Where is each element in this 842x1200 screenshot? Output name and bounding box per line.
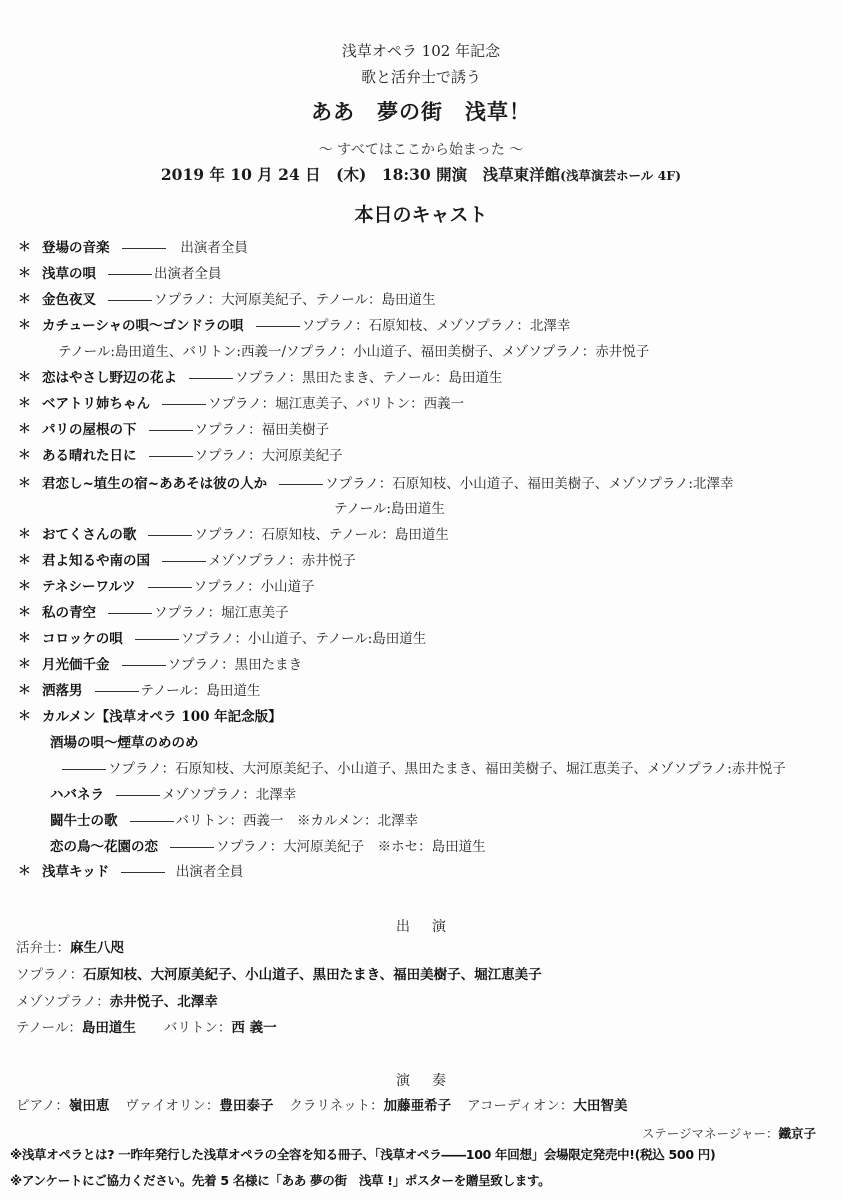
dash-divider: [122, 665, 166, 666]
stage-manager-name: 鐵京子: [778, 1126, 816, 1141]
song-performers: テノール：島田道生: [141, 683, 261, 699]
song-title: コロッケの唄: [42, 631, 123, 647]
song-title: 私の青空: [42, 605, 96, 621]
asterisk-icon: ＊: [18, 368, 31, 388]
performer-names: 麻生八咫: [70, 940, 124, 956]
dash-divider: [149, 456, 193, 457]
performer-names: 赤井悦子、北澤幸: [110, 994, 218, 1010]
asterisk-icon: ＊: [18, 290, 31, 310]
song-title: ハバネラ: [50, 787, 104, 803]
asterisk-icon: ＊: [18, 551, 31, 571]
dash-divider: [279, 484, 323, 485]
song-performers: ソプラノ：大河原美紀子: [195, 448, 343, 464]
cast-heading: 本日のキャスト: [0, 200, 842, 227]
dash-divider: [170, 847, 214, 848]
song-title: おてくさんの歌: [42, 527, 136, 543]
role-label: 活弁士：: [16, 940, 70, 956]
song-performers: バリトン：西義一 ※カルメン：北澤幸: [176, 813, 419, 829]
dash-divider: [256, 326, 300, 327]
asterisk-icon: ＊: [18, 394, 31, 414]
asterisk-icon: ＊: [18, 603, 31, 623]
asterisk-icon: ＊: [18, 446, 31, 466]
role-label: ソプラノ：: [16, 967, 83, 983]
song-title: ベアトリ姉ちゃん: [42, 396, 150, 412]
song-performers: ソプラノ：小山道子、テノール:島田道生: [181, 631, 427, 647]
song-title: カルメン【浅草オペラ 100 年記念版】: [42, 709, 282, 725]
role-label: ピアノ：: [16, 1098, 69, 1114]
asterisk-icon: ＊: [18, 681, 31, 701]
song-performers: ソプラノ：大河原美紀子 ※ホセ：島田道生: [216, 839, 486, 855]
role-label: メゾソプラノ：: [16, 994, 110, 1010]
performer-row-tenor-baritone: テノール：島田道生バリトン：西 義一: [16, 1018, 277, 1038]
footnote-booklet: ※浅草オペラとは? 一昨年発行した浅草オペラの全容を知る冊子、「浅草オペラ――1…: [10, 1146, 715, 1164]
dash-divider: [162, 561, 206, 562]
song-performers: ソプラノ：堀江恵美子、バリトン：西義一: [208, 396, 464, 412]
song-title: 洒落男: [42, 683, 83, 699]
stage-manager: ステージマネージャー：鐵京子: [642, 1124, 816, 1144]
dash-divider: [148, 587, 192, 588]
song-title: 恋はやさし野辺の花よ: [42, 370, 177, 386]
dash-divider: [130, 821, 174, 822]
song-title: ある晴れた日に: [42, 448, 137, 464]
song-performers: メゾソプラノ：赤井悦子: [208, 553, 356, 569]
dash-divider: [135, 639, 179, 640]
event-title: ああ 夢の街 浅草！: [0, 96, 842, 126]
song-performers: ソプラノ：黒田たまき、テノール：島田道生: [235, 370, 502, 386]
role-label: ヴァイオリン：: [125, 1098, 219, 1114]
dash-divider: [95, 691, 139, 692]
program-sheet: 浅草オペラ 102 年記念 歌と活弁士で誘う ああ 夢の街 浅草！ ～ すべては…: [0, 0, 842, 1200]
performer-names: 石原知枝、大河原美紀子、小山道子、黒田たまき、福田美樹子、堀江恵美子: [83, 967, 541, 983]
asterisk-icon: ＊: [18, 264, 31, 284]
song-title: 闘牛士の歌: [50, 813, 118, 829]
song-title: テネシーワルツ: [42, 579, 136, 595]
asterisk-icon: ＊: [18, 316, 31, 336]
anniversary-subtitle: 浅草オペラ 102 年記念: [0, 40, 842, 61]
song-title: 恋の鳥～花園の恋: [50, 839, 158, 855]
asterisk-icon: ＊: [18, 525, 31, 545]
song-title: 月光価千金: [42, 657, 110, 673]
performer-row-narrator: 活弁士：麻生八咫: [16, 938, 124, 958]
song-performers: ソプラノ：石原知枝、テノール：島田道生: [194, 527, 448, 543]
song-performers: ソプラノ：石原知枝、メゾソプラノ：北澤幸: [302, 318, 571, 334]
asterisk-icon: ＊: [18, 629, 31, 649]
role-label: ステージマネージャー：: [642, 1126, 779, 1141]
dash-divider: [108, 274, 152, 275]
asterisk-icon: ＊: [18, 474, 31, 494]
performer-names: 島田道生: [82, 1020, 136, 1036]
asterisk-icon: ＊: [18, 655, 31, 675]
song-title: 登場の音楽: [42, 240, 110, 256]
asterisk-icon: ＊: [18, 707, 31, 727]
musician-name: 豊田泰子: [219, 1098, 273, 1114]
song-performers-continued: テノール:島田道生、バリトン:西義一/ソプラノ：小山道子、福田美樹子、メゾソプラ…: [58, 342, 649, 362]
song-performers: ソプラノ：大河原美紀子、テノール：島田道生: [154, 292, 435, 308]
asterisk-icon: ＊: [18, 420, 31, 440]
role-label: クラリネット：: [289, 1098, 383, 1114]
song-performers: 出演者全員: [154, 266, 222, 282]
song-performers: ソプラノ：堀江恵美子: [154, 605, 289, 621]
role-label: バリトン：: [164, 1020, 232, 1036]
song-title: 金色夜叉: [42, 292, 96, 308]
asterisk-icon: ＊: [18, 238, 31, 258]
song-performers: ソプラノ：黒田たまき: [168, 657, 303, 673]
role-label: アコーディオン：: [467, 1098, 573, 1114]
musicians-row: ピアノ：嶺田恵ヴァイオリン：豊田泰子クラリネット：加藤亜希子アコーディオン：大田…: [16, 1096, 627, 1116]
dash-divider: [121, 872, 165, 873]
date-venue-line: 2019 年 10 月 24 日 (木) 18:30 開演 浅草東洋館(浅草演芸…: [0, 163, 842, 185]
dash-divider: [149, 430, 193, 431]
song-performers: 出演者全員: [176, 864, 244, 880]
performer-names: 西 義一: [231, 1020, 276, 1036]
song-performers: ソプラノ：福田美樹子: [195, 422, 330, 438]
song-performers: ソプラノ：石原知枝、大河原美紀子、小山道子、黒田たまき、福田美樹子、堀江恵美子、…: [108, 761, 786, 777]
dash-divider: [122, 248, 166, 249]
song-performers: ソプラノ：石原知枝、小山道子、福田美樹子、メゾソプラノ:北澤幸: [325, 476, 733, 492]
song-performers-continued: テノール:島田道生: [334, 499, 445, 519]
song-performers: メゾソプラノ：北澤幸: [162, 787, 296, 803]
event-subtitle: 歌と活弁士で誘う: [0, 66, 842, 87]
dash-divider: [108, 300, 152, 301]
song-title: 君よ知るや南の国: [42, 553, 150, 569]
role-label: テノール：: [16, 1020, 82, 1036]
song-title: 酒場の唄～煙草のめのめ: [50, 733, 199, 753]
footnote-survey: ※アンケートにご協力ください。先着 5 名様に「ああ 夢の街 浅草 !」ポスター…: [10, 1172, 550, 1190]
musicians-heading: 演奏: [0, 1070, 842, 1090]
dash-divider: [162, 404, 206, 405]
dash-divider: [108, 613, 152, 614]
song-title: 君恋し~埴生の宿~ああそは彼の人か: [42, 476, 267, 492]
song-title: 浅草キッド: [42, 864, 109, 880]
tagline: ～ すべてはここから始まった ～: [0, 139, 842, 159]
song-title: カチューシャの唄～ゴンドラの唄: [42, 318, 244, 334]
song-title: 浅草の唄: [42, 266, 96, 282]
asterisk-icon: ＊: [18, 862, 31, 882]
dash-divider: [189, 378, 233, 379]
date-venue: 2019 年 10 月 24 日 (木) 18:30 開演 浅草東洋館: [161, 165, 560, 184]
song-performers: 出演者全員: [180, 240, 248, 256]
venue-note: (浅草演芸ホール 4F): [560, 168, 681, 183]
dash-divider: [148, 535, 192, 536]
song-title: パリの屋根の下: [42, 422, 137, 438]
musician-name: 加藤亜希子: [384, 1098, 452, 1114]
performer-row-mezzo: メゾソプラノ：赤井悦子、北澤幸: [16, 992, 218, 1012]
dash-divider: [116, 795, 160, 796]
performers-heading: 出演: [0, 916, 842, 936]
musician-name: 大田智美: [573, 1098, 627, 1114]
dash-divider: [62, 769, 106, 770]
song-performers: ソプラノ：小山道子: [194, 579, 315, 595]
asterisk-icon: ＊: [18, 577, 31, 597]
performer-row-soprano: ソプラノ：石原知枝、大河原美紀子、小山道子、黒田たまき、福田美樹子、堀江恵美子: [16, 965, 542, 985]
musician-name: 嶺田恵: [69, 1098, 110, 1114]
